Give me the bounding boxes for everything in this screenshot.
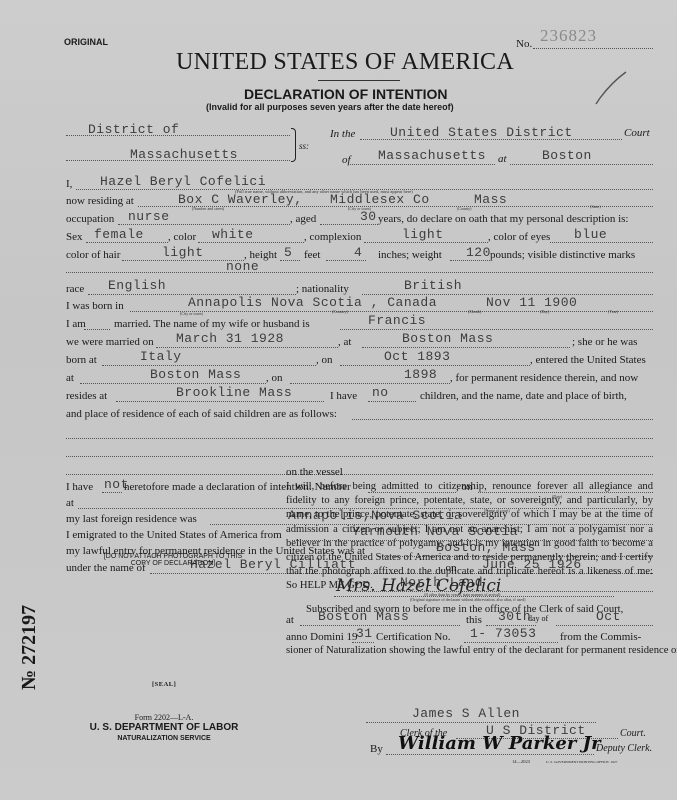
deputy-clerk-label: Deputy Clerk.: [596, 743, 652, 754]
cert-number: 1- 73053: [470, 626, 536, 641]
seal-label: [SEAL]: [152, 681, 176, 688]
gpo-mark: U. S. GOVERNMENT PRINTING OFFICE: 1927: [546, 760, 617, 764]
sworn-month-line: [556, 625, 653, 626]
sworn-text: sioner of Naturalization showing the law…: [286, 644, 653, 658]
sworn-at-label: at: [286, 614, 294, 626]
cert-no-line: [464, 642, 558, 643]
anno-label: anno Domini 19: [286, 631, 358, 643]
department-label: U. S. DEPARTMENT OF LABOR: [64, 722, 264, 733]
sworn-day: 30th: [498, 609, 531, 624]
deputy-line: [386, 754, 594, 755]
clerk-court-label: Court.: [620, 728, 646, 739]
sworn-block: at Boston Mass this 30th day of Oct anno…: [0, 0, 677, 800]
sworn-this-label: this: [466, 614, 482, 626]
deputy-signature: William W Parker Jr: [398, 733, 601, 754]
sworn-place: Boston Mass: [318, 609, 409, 624]
clerk-name: James S Allen: [412, 706, 520, 721]
sworn-place-line: [300, 625, 460, 626]
sworn-year: 31: [356, 626, 373, 641]
service-label: NATURALIZATION SERVICE: [64, 735, 264, 742]
form-number: Form 2202—L-A.: [104, 713, 224, 722]
sworn-month: Oct: [596, 609, 621, 624]
cert-from-label: from the Commis-: [560, 631, 641, 643]
print-mark: 14—2023: [512, 759, 530, 764]
cert-label: Certification No.: [376, 631, 451, 643]
sworn-day-of-label: day of: [528, 614, 548, 623]
by-label: By: [370, 743, 383, 755]
anno-year-line: [352, 642, 374, 643]
